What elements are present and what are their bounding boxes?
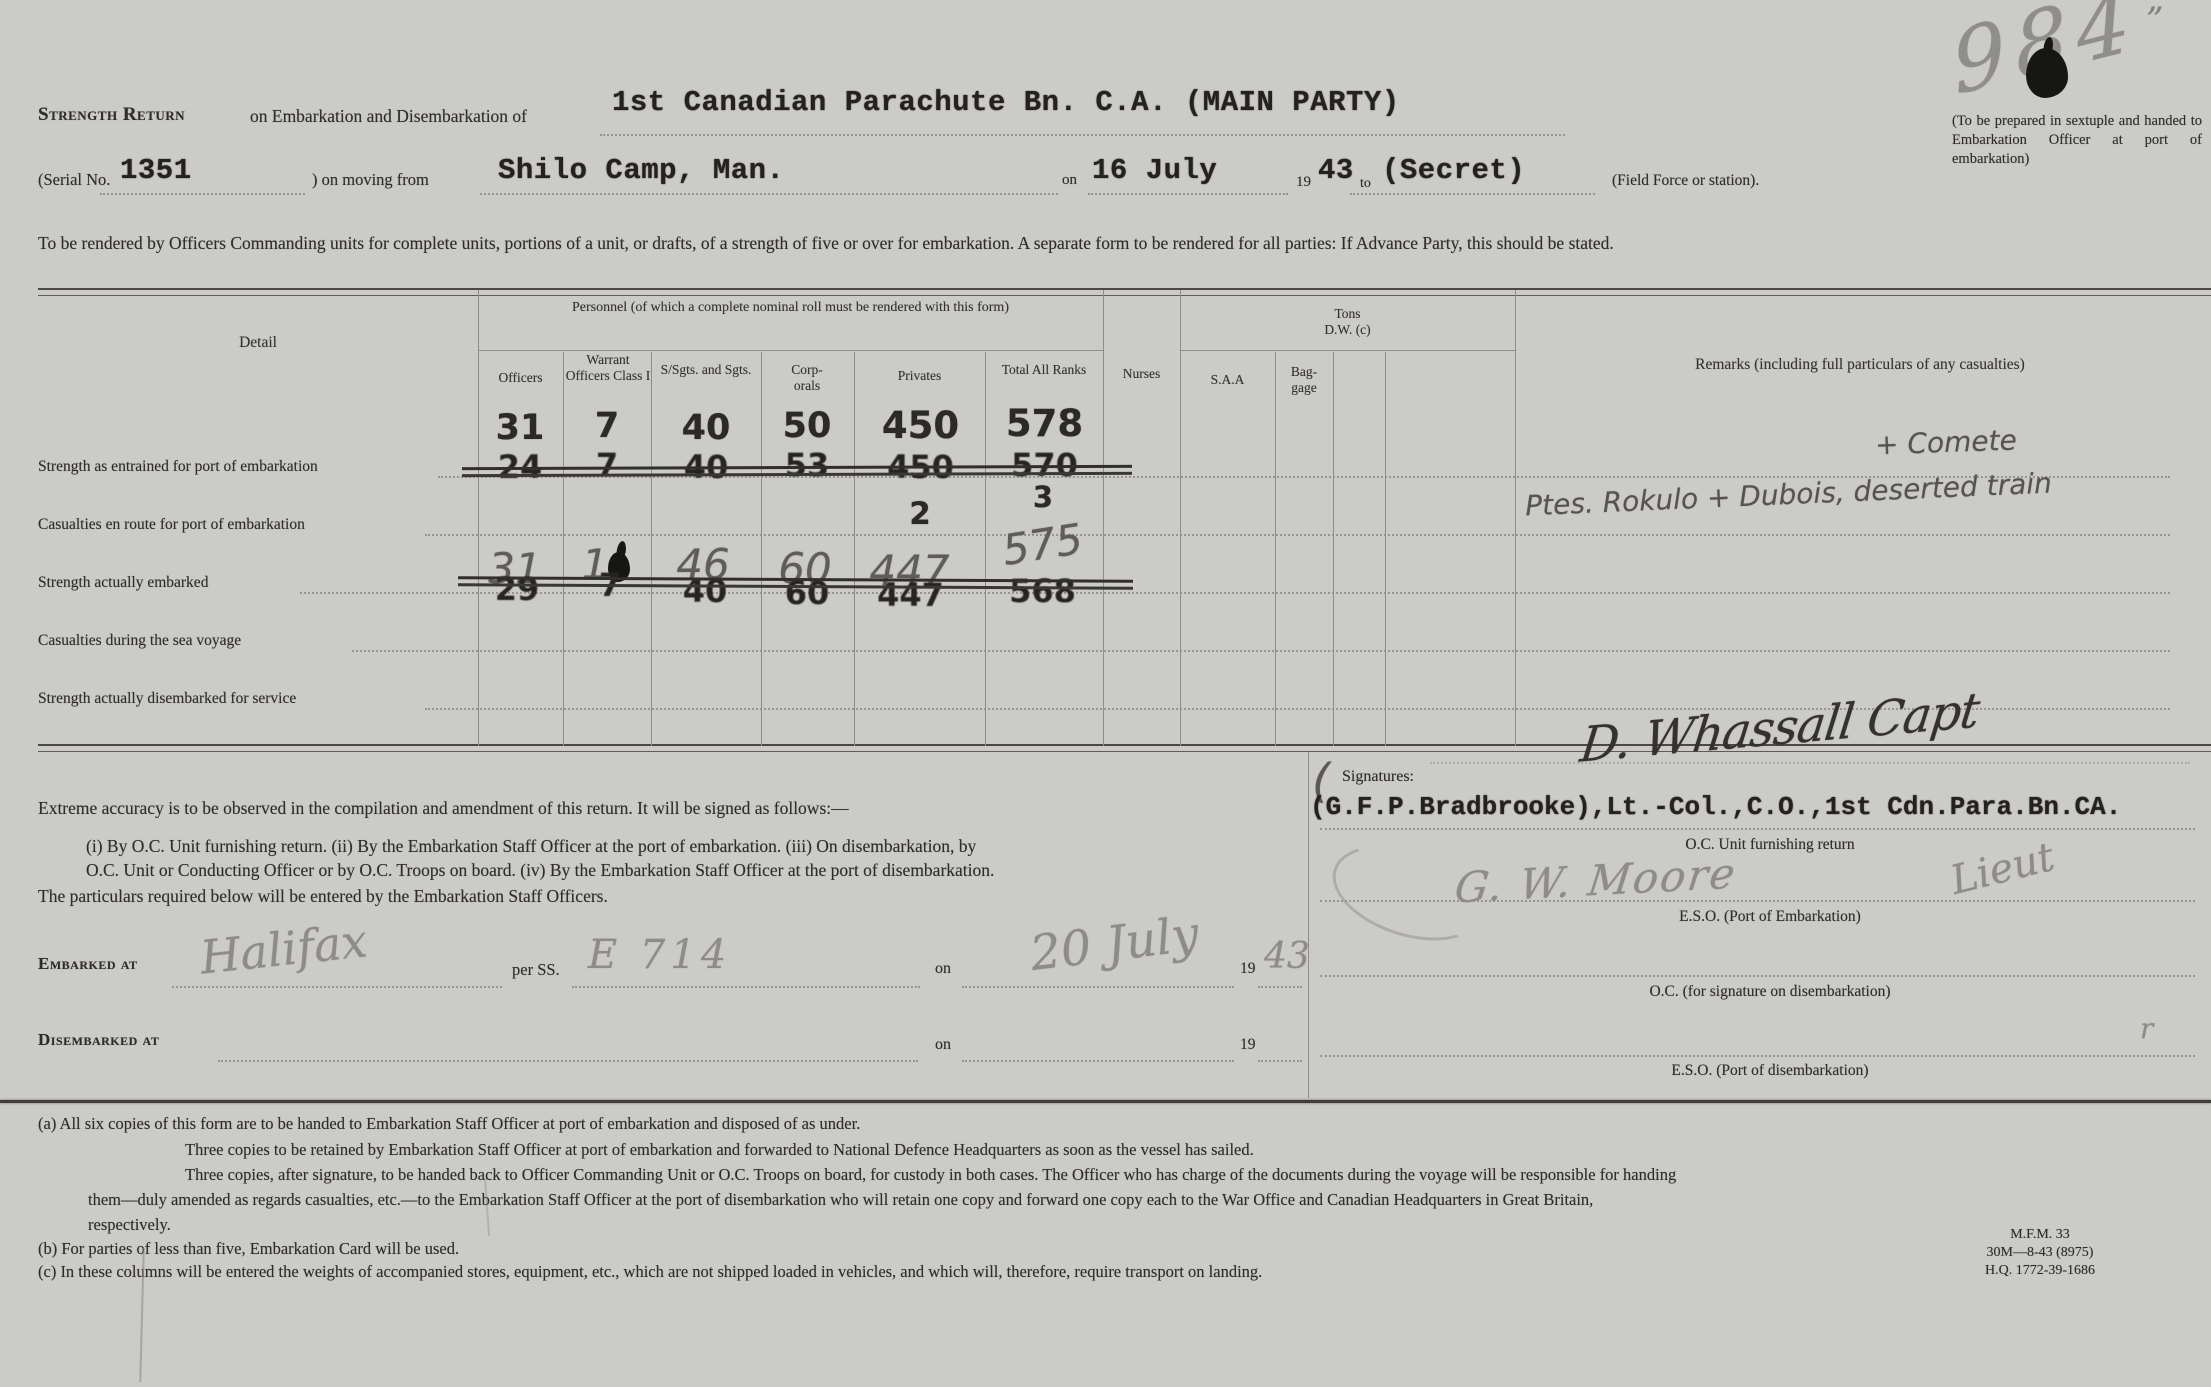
oc-unit-label: O.C. Unit furnishing return (1600, 836, 1940, 854)
col-header-officers: Officers (478, 370, 563, 386)
embark-port-line (172, 986, 502, 988)
moving-from-label: ) on moving from (312, 170, 429, 190)
unit-underline (600, 134, 1565, 136)
remarks-note: Ptes. Rokulo + Dubois, deserted train (1525, 467, 2053, 523)
col-header-corporals: Corp-orals (781, 362, 833, 394)
cell-entrained-officers: 31 (485, 408, 555, 448)
corner-quote-mark: ” (2146, 0, 2163, 40)
footer-note-a1: Three copies to be retained by Embarkati… (185, 1140, 2185, 1160)
disembarked-at-label: Disembarked at (38, 1030, 159, 1050)
col-line-1 (563, 352, 564, 746)
form-code-block: M.F.M. 33 30M—8-43 (8975) H.Q. 1772-39-1… (1940, 1226, 2140, 1281)
signatures-label: Signatures: (1342, 768, 1414, 786)
serial-label: (Serial No. (38, 170, 110, 190)
col-line-detail (478, 290, 479, 746)
row-label-disembarked: Strength actually disembarked for servic… (38, 690, 296, 708)
eso-disembark-line (1320, 1055, 2195, 1057)
embark-date-line (962, 986, 1234, 988)
eso-embark-label: E.S.O. (Port of Embarkation) (1600, 908, 1940, 926)
col-header-baggage: Bag-gage (1282, 364, 1326, 396)
tons-underline (1180, 350, 1515, 351)
disembark-year-line (1258, 1060, 1302, 1062)
eso-embark-line (1320, 900, 2195, 902)
footer-note-a: (a) All six copies of this form are to b… (38, 1114, 2178, 1134)
oc-typed-underline (1320, 828, 2195, 830)
row-dots-4 (352, 650, 2170, 652)
year-prefix: 19 (1296, 174, 1311, 191)
serial-number: 1351 (120, 154, 192, 187)
prepare-note: (To be prepared in sextuple and handed t… (1952, 112, 2202, 169)
cell-casualties-total: 3 (1008, 480, 1078, 514)
cell-entrained-sgts: 40 (671, 408, 741, 448)
ship-name-handwritten: E 714 (588, 932, 731, 978)
accuracy-items-line1: (i) By O.C. Unit furnishing return. (ii)… (86, 836, 1316, 857)
oc-signature-handwritten: D. Whassall Capt (1577, 682, 1982, 774)
embark-year-line (1258, 986, 1302, 988)
col-header-warrant-officers: Warrant Officers Class I (565, 352, 651, 384)
col-header-total: Total All Ranks (985, 362, 1103, 378)
personnel-underline (478, 350, 1103, 351)
col-header-nurses: Nurses (1103, 366, 1180, 382)
col-header-saa: S.A.A (1180, 372, 1275, 388)
col-line-saa (1275, 352, 1276, 746)
col-line-tons-sub (1385, 352, 1386, 746)
disembark-year-prefix: 19 (1240, 1036, 1256, 1054)
oc-disembark-line (1320, 975, 2195, 977)
unit-name: 1st Canadian Parachute Bn. C.A. (MAIN PA… (612, 86, 1400, 119)
destination-underline (1350, 193, 1595, 195)
on-label: on (1062, 172, 1077, 189)
serial-underline (100, 193, 305, 195)
scanned-form-sheet: 984 ” (To be prepared in sextuple and ha… (0, 0, 2211, 1387)
form-code-2: 30M—8-43 (8975) (1940, 1244, 2140, 1262)
instructions: To be rendered by Officers Commanding un… (38, 230, 1933, 256)
cell-entrained-warrant: 7 (572, 406, 642, 446)
cell-entrained-warrant-struck: 7 (572, 446, 642, 484)
embark-port-handwritten: Halifax (198, 913, 370, 984)
cell-entrained-privates: 450 (878, 404, 963, 447)
ship-line (572, 986, 920, 988)
move-date: 16 July (1092, 154, 1217, 187)
tons-header: Tons D.W. (c) (1180, 306, 1515, 338)
station-note: (Field Force or station). (1612, 172, 1759, 190)
row-label-casualties-route: Casualties en route for port of embarkat… (38, 516, 305, 534)
personnel-header: Personnel (of which a complete nominal r… (488, 300, 1093, 317)
form-title: Strength Return (38, 104, 185, 126)
embark-year-handwritten: 43 (1264, 936, 1310, 977)
col-line-4 (854, 352, 855, 746)
destination: (Secret) (1382, 154, 1525, 187)
col-line-total-right (1103, 290, 1104, 746)
cell-casualties-privates: 2 (885, 496, 955, 532)
detail-header: Detail (38, 334, 478, 352)
date-underline (1088, 193, 1288, 195)
footer-rule (0, 1100, 2211, 1103)
col-line-5 (985, 352, 986, 746)
col-line-tons-right (1515, 290, 1516, 746)
row-label-embarked: Strength actually embarked (38, 574, 208, 592)
origin-station: Shilo Camp, Man. (498, 154, 784, 187)
cell-entrained-corporals: 50 (772, 406, 842, 446)
embarked-at-label: Embarked at (38, 954, 138, 974)
remarks-note-top: + Comete (1874, 424, 2017, 462)
table-top-rule (38, 288, 2211, 296)
remarks-header: Remarks (including full particulars of a… (1520, 356, 2200, 374)
eso-embark-rank: Lieut (1946, 834, 2059, 904)
cell-embarked-total: 575 (992, 513, 1093, 576)
disembark-on-label: on (935, 1036, 951, 1054)
footer-note-a2: Three copies, after signature, to be han… (185, 1165, 2195, 1185)
col-header-privates: Privates (854, 368, 985, 384)
stray-pencil-r: r (2140, 1012, 2153, 1045)
oc-signature-line (1430, 762, 2190, 764)
oc-disembark-label: O.C. (for signature on disembarkation) (1560, 983, 1980, 1001)
embark-year-prefix: 19 (1240, 960, 1256, 978)
footer-note-a4: respectively. (88, 1215, 488, 1235)
accuracy-particulars: The particulars required below will be e… (38, 886, 1308, 907)
form-code-3: H.Q. 1772-39-1686 (1940, 1262, 2140, 1280)
signatures-divider (1308, 752, 1309, 1098)
footer-note-a3: them—duly amended as regards casualties,… (88, 1190, 2168, 1210)
per-ss-label: per SS. (512, 960, 560, 980)
form-code-1: M.F.M. 33 (1940, 1226, 2140, 1244)
to-label: to (1360, 176, 1371, 192)
footer-note-b: (b) For parties of less than five, Embar… (38, 1239, 1238, 1259)
cell-embarked-total-struck: 568 (1000, 572, 1085, 610)
disembark-date-line (962, 1060, 1234, 1062)
cell-entrained-total: 578 (1002, 402, 1087, 445)
form-title-rest: on Embarkation and Disembarkation of (250, 106, 527, 127)
footer-note-c: (c) In these columns will be entered the… (38, 1262, 1598, 1282)
col-line-2 (651, 352, 652, 746)
col-header-sgts: S/Sgts. and Sgts. (651, 362, 761, 378)
origin-underline (480, 193, 1058, 195)
row-dots-2 (425, 534, 2170, 536)
disembark-port-line (218, 1060, 918, 1062)
eso-disembark-label: E.S.O. (Port of disembarkation) (1600, 1062, 1940, 1080)
strike-line-embarked (458, 576, 1133, 590)
col-line-baggage (1333, 352, 1334, 746)
move-year: 43 (1318, 154, 1354, 187)
row-label-sea-voyage: Casualties during the sea voyage (38, 632, 241, 650)
col-line-3 (761, 352, 762, 746)
embark-date-handwritten: 20 July (1027, 906, 1202, 982)
col-line-nurses-right (1180, 290, 1181, 746)
embark-on-label: on (935, 960, 951, 978)
row-label-entrained: Strength as entrained for port of embark… (38, 458, 318, 476)
accuracy-items-line2: O.C. Unit or Conducting Officer or by O.… (86, 860, 1316, 881)
accuracy-intro: Extreme accuracy is to be observed in th… (38, 798, 1308, 819)
oc-signature-typed: (G.F.P.Bradbrooke),Lt.-Col.,C.O.,1st Cdn… (1310, 792, 2121, 822)
eso-embark-signature: G. W. Moore (1452, 848, 1739, 912)
